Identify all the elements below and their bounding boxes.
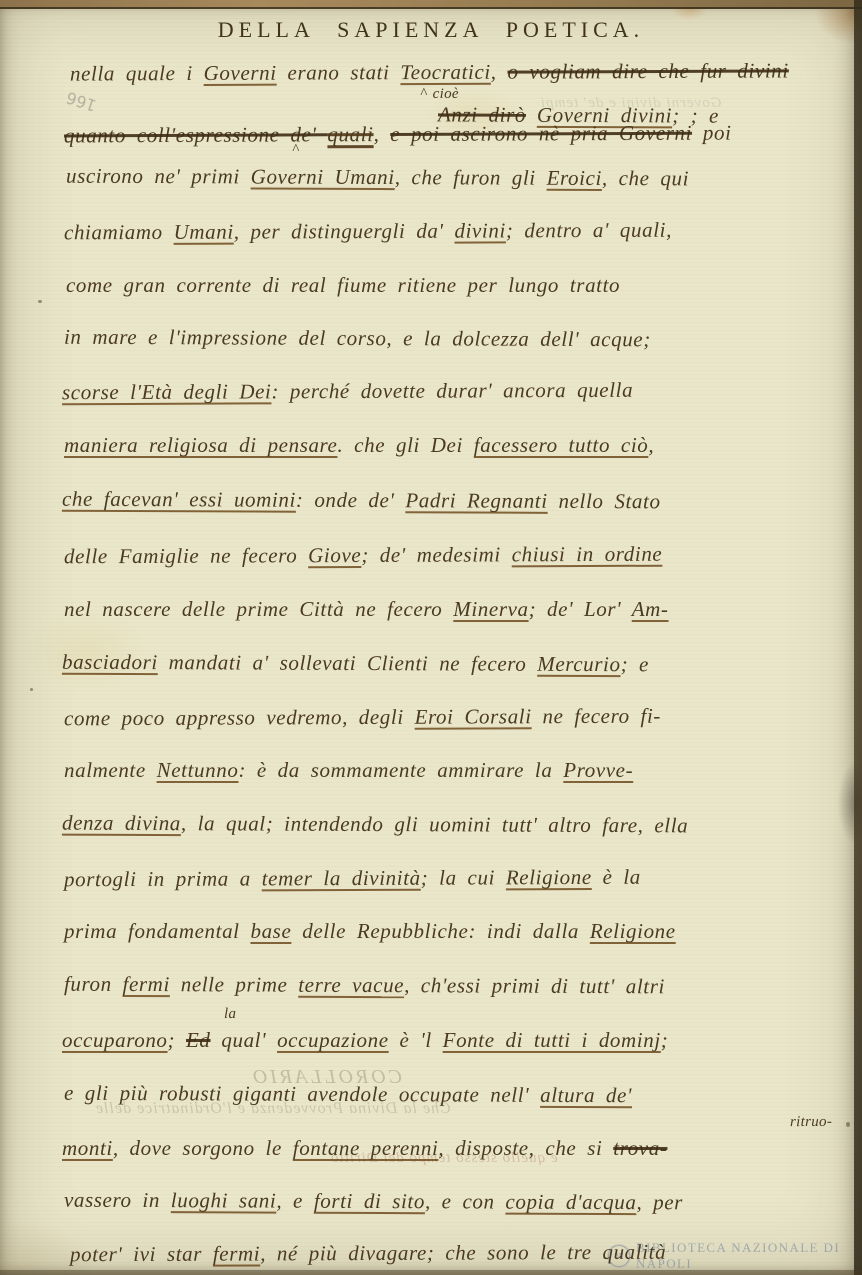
text-segment: delle Famiglie ne fecero <box>64 543 308 568</box>
underlined-text: Eroici <box>547 166 602 190</box>
watermark-label: Biblioteca Nazionale di Napoli <box>636 1240 862 1272</box>
manuscript-line: occuparono; Ed qual' occupazione è 'l Fo… <box>62 1028 668 1053</box>
manuscript-line: poter' ivi star fermi, né più divagare; … <box>70 1240 666 1268</box>
struck-text: trova- <box>613 1136 667 1160</box>
underlined-text: forti di sito <box>314 1189 425 1213</box>
underlined-text: occupazione <box>277 1028 389 1052</box>
text-segment: : è da sommamente ammirare la <box>238 758 563 782</box>
manuscript-line: ^ cioè <box>420 86 459 103</box>
manuscript-line: ritruo- <box>790 1114 832 1131</box>
text-segment: ^ cioè <box>420 86 459 102</box>
text-segment: , ch'essi primi di tutt' altri <box>404 973 665 998</box>
underlined-text: occuparono <box>62 1028 168 1052</box>
text-segment: . che gli Dei <box>337 433 473 457</box>
text-segment: ; e <box>621 652 649 676</box>
underlined-text: fermi <box>213 1241 260 1265</box>
text-segment: mandati a' sollevati Clienti ne fecero <box>158 650 538 676</box>
manuscript-line: come gran corrente di real fiume ritiene… <box>66 273 620 298</box>
underlined-text: scorse l'Età degli Dei <box>62 379 272 404</box>
underlined-text: fontane perenni <box>293 1136 439 1160</box>
text-segment: chiamiamo <box>64 220 174 244</box>
ink-speck <box>38 300 42 303</box>
manuscript-line: come poco appresso vedremo, degli Eroi C… <box>64 704 661 732</box>
underlined-text: maniera religiosa di pensare <box>64 433 337 457</box>
folio-number: 166 <box>64 88 99 116</box>
text-segment: : perché dovette durar' ancora quella <box>271 378 633 404</box>
manuscript-line: in mare e l'impressione del corso, e la … <box>64 325 651 353</box>
text-segment: ; de' Lor' <box>529 597 632 621</box>
underlined-text: facessero tutto ciò <box>474 433 649 457</box>
text-segment: in mare e l'impressione del corso, e la … <box>64 325 651 352</box>
text-segment: poi <box>692 121 732 145</box>
text-segment: uscirono ne' primi <box>66 164 251 189</box>
manuscript-line: delle Famiglie ne fecero Giove; de' mede… <box>64 542 662 570</box>
manuscript-line: uscirono ne' primi Governi Umani, che fu… <box>66 164 689 192</box>
manuscript-line: chiamiamo Umani, per distinguergli da' d… <box>64 218 672 246</box>
text-segment: nello Stato <box>548 489 661 513</box>
text-segment: nelle prime <box>170 972 298 997</box>
manuscript-line: e gli più robusti giganti avendole occup… <box>64 1081 632 1108</box>
struck-text: Ed <box>186 1028 211 1052</box>
text-segment: nella quale i <box>70 61 204 86</box>
struck-text: quanto coll'espressione de' <box>64 122 327 147</box>
underlined-text: chiusi in ordine <box>512 542 663 567</box>
underlined-text: copia d'acqua <box>505 1190 636 1215</box>
text-segment: , <box>648 433 654 457</box>
manuscript-line: ^ <box>292 142 299 159</box>
text-segment: ; <box>168 1028 186 1052</box>
text-segment: prima fondamental <box>64 919 250 943</box>
underlined-text: Governi Umani <box>251 164 395 189</box>
underlined-text: base <box>250 919 291 943</box>
text-segment: nel nascere delle prime Città ne fecero <box>64 597 453 621</box>
underlined-text: Padri Regnanti <box>405 488 547 513</box>
underlined-text: altura de' <box>540 1083 632 1107</box>
underlined-text: Minerva <box>453 597 528 621</box>
manuscript-line: la <box>224 1006 236 1023</box>
underlined-text: Teocratici <box>400 60 490 84</box>
ink-speck <box>30 688 33 691</box>
underlined-text: fermi <box>123 972 170 996</box>
text-segment: , e <box>276 1189 314 1213</box>
underlined-text: temer la divinità <box>262 866 421 891</box>
manuscript-line: basciadori mandati a' sollevati Clienti … <box>62 650 649 678</box>
underlined-text: che facevan' essi uomini <box>62 487 296 512</box>
text-segment: qual' <box>211 1028 278 1052</box>
manuscript-line: vassero in luoghi sani, e forti di sito,… <box>64 1188 683 1216</box>
struck-text: quali <box>327 122 373 146</box>
text-segment: ; <box>661 1028 669 1052</box>
underlined-text: Fonte di tutti i dominj <box>443 1028 661 1052</box>
text-segment: è 'l <box>389 1028 443 1052</box>
text-segment: poter' ivi star <box>70 1242 213 1267</box>
manuscript-page: DELLA SAPIENZA POETICA. 166 nella quale … <box>0 0 862 1275</box>
text-segment: ne fecero fi- <box>532 704 661 729</box>
manuscript-line: maniera religiosa di pensare. che gli De… <box>64 433 654 458</box>
underlined-text: monti <box>62 1136 113 1160</box>
text-segment: ; la cui <box>421 865 506 889</box>
manuscript-line: quanto coll'espressione de' quali, e poi… <box>64 121 732 149</box>
underlined-text: Governi <box>204 61 277 85</box>
manuscript-line: portogli in prima a temer la divinità; l… <box>64 865 641 893</box>
manuscript-line: nel nascere delle prime Città ne fecero … <box>64 597 669 622</box>
text-segment: : onde de' <box>296 488 406 512</box>
text-segment: vassero in <box>64 1188 171 1212</box>
text-segment: come poco appresso vedremo, degli <box>64 705 415 731</box>
text-segment: , per <box>636 1190 683 1214</box>
manuscript-line: furon fermi nelle prime terre vacue, ch'… <box>64 972 665 1000</box>
underlined-text: denza divina <box>62 811 181 836</box>
underlined-text: Nettunno <box>157 758 239 782</box>
text-segment: la <box>224 1006 236 1022</box>
text-segment: , disposte, che si <box>438 1136 613 1160</box>
manuscript-line: nella quale i Governi erano stati Teocra… <box>70 58 789 86</box>
text-segment: ; dentro a' quali, <box>506 218 672 243</box>
text-segment: , né più divagare; che sono le tre quali… <box>260 1240 666 1266</box>
text-segment: , per distinguergli da' <box>234 219 455 244</box>
underlined-text: Mercurio <box>537 652 620 676</box>
manuscript-line: nalmente Nettunno: è da sommamente ammir… <box>64 758 633 783</box>
text-segment: , <box>491 60 508 84</box>
text-segment: come gran corrente di real fiume ritiene… <box>66 273 620 297</box>
text-segment: è la <box>592 865 641 889</box>
text-segment: erano stati <box>277 60 401 85</box>
text-segment: , e con <box>425 1189 506 1213</box>
text-segment: ^ <box>292 142 299 158</box>
struck-text: e poi ascirono nè pria Governi <box>390 121 692 146</box>
underlined-text: Religione <box>506 865 592 889</box>
text-segment: ; de' medesimi <box>361 542 511 567</box>
text-segment: , che qui <box>602 166 689 190</box>
text-segment: delle Repubbliche: indi dalla <box>291 919 589 943</box>
text-segment: , che furon gli <box>395 165 547 190</box>
underlined-text: Giove <box>308 543 361 567</box>
underlined-text: divini <box>454 218 506 242</box>
text-segment: portogli in prima a <box>64 866 262 891</box>
manuscript-line: monti, dove sorgono le fontane perenni, … <box>62 1136 667 1161</box>
underlined-text: luoghi sani <box>171 1188 277 1212</box>
manuscript-line: denza divina, la qual; intendendo gli uo… <box>62 811 688 839</box>
text-segment: , <box>374 122 391 146</box>
underlined-text: Religione <box>590 919 676 943</box>
underlined-text: terre vacue <box>298 973 404 997</box>
text-segment: ritruo- <box>790 1114 832 1130</box>
underlined-text: Umani <box>174 220 234 244</box>
book-top-edge <box>0 0 862 9</box>
manuscript-line: prima fondamental base delle Repubbliche… <box>64 919 676 944</box>
book-right-edge <box>854 0 862 1275</box>
underlined-text: Provve- <box>563 758 633 782</box>
underlined-text: Eroi Corsali <box>415 704 532 729</box>
underlined-text: Am- <box>632 597 669 621</box>
ink-speck <box>846 1122 850 1127</box>
page-title: DELLA SAPIENZA POETICA. <box>0 17 862 43</box>
text-segment: , dove sorgono le <box>113 1136 293 1160</box>
text-segment: , la qual; intendendo gli uomini tutt' a… <box>181 811 688 837</box>
manuscript-line: scorse l'Età degli Dei: perché dovette d… <box>62 378 633 405</box>
text-segment: nalmente <box>64 758 157 782</box>
underlined-text: basciadori <box>62 650 158 674</box>
struck-text: o vogliam dire che fur divini <box>507 58 788 83</box>
text-segment: furon <box>64 972 123 996</box>
manuscript-line: che facevan' essi uomini: onde de' Padri… <box>62 487 661 515</box>
text-segment: e gli più robusti giganti avendole occup… <box>64 1081 540 1107</box>
